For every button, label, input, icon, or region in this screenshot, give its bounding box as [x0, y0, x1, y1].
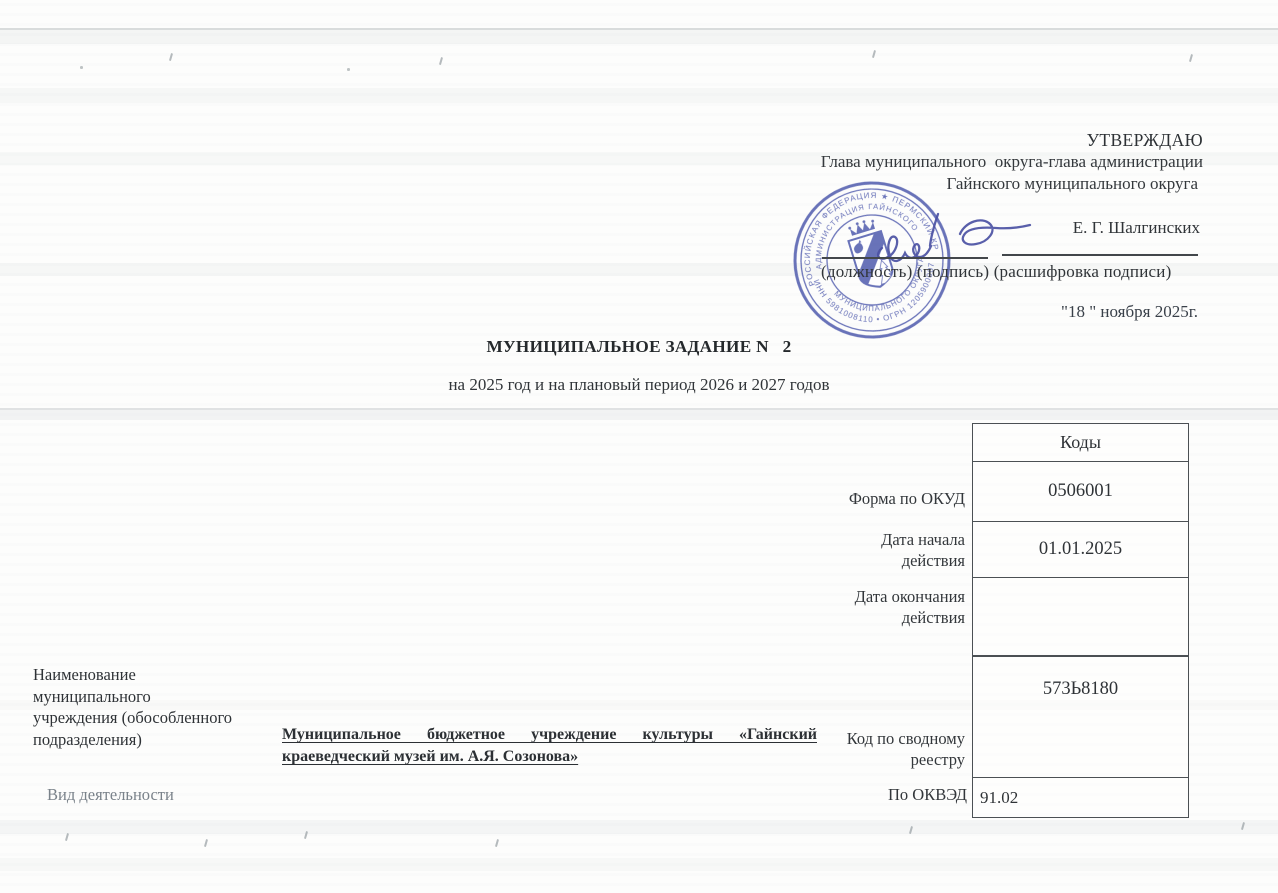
- registry-code-value-cell: 573Ь8180: [973, 656, 1188, 778]
- okved-value-cell: 91.02: [973, 778, 1188, 817]
- document-title: МУНИЦИПАЛЬНОЕ ЗАДАНИЕ N 2: [0, 337, 1278, 357]
- codes-table: Коды 0506001 01.01.2025 573Ь8180 91.02: [972, 423, 1189, 818]
- scan-noise-band: [0, 88, 1278, 103]
- okud-value-cell: 0506001: [973, 462, 1188, 522]
- institution-name-label-line: учреждения (обособленного: [33, 707, 232, 729]
- scan-noise-mark: [439, 57, 443, 65]
- okved-label: По ОКВЭД: [767, 784, 967, 805]
- signature-handwriting: [868, 202, 1058, 270]
- signature-caption: (должность) (подпись) (расшифровка подпи…: [821, 262, 1171, 282]
- scan-noise-band: [0, 28, 1278, 30]
- scan-noise-mark: [872, 50, 876, 58]
- codes-table-header-cell: Коды: [973, 424, 1188, 462]
- institution-name-label-line: Наименование: [33, 664, 232, 686]
- approval-word: УТВЕРЖДАЮ: [1087, 130, 1203, 151]
- scan-noise-mark: [909, 826, 913, 834]
- date-end-label: Дата окончания действия: [820, 586, 965, 628]
- institution-name-label-line: муниципального: [33, 686, 232, 708]
- scan-noise-mark: [1189, 54, 1193, 62]
- scan-noise-mark: [80, 66, 83, 69]
- approval-position-line-2: Гайнского муниципального округа: [946, 174, 1198, 194]
- date-start-value-cell: 01.01.2025: [973, 522, 1188, 578]
- institution-name-label: Наименование муниципального учреждения (…: [33, 664, 232, 750]
- institution-name-label-line: подразделения): [33, 729, 232, 751]
- signer-name: Е. Г. Шалгинских: [1073, 218, 1200, 238]
- scan-noise-band: [0, 408, 1278, 410]
- registry-code-label: Код по сводному реестру: [825, 728, 965, 770]
- scan-noise-mark: [304, 831, 308, 839]
- scan-noise-band: [0, 858, 1278, 871]
- scan-noise-band: [0, 30, 1278, 44]
- activity-type-label: Вид деятельности: [47, 785, 174, 805]
- scan-noise-mark: [347, 68, 350, 71]
- approval-position-line-1: Глава муниципального округа-глава админи…: [821, 152, 1203, 172]
- date-end-value-cell: [973, 578, 1188, 656]
- document-subtitle: на 2025 год и на плановый период 2026 и …: [0, 375, 1278, 395]
- scan-noise-mark: [204, 839, 208, 847]
- scan-noise-mark: [1241, 822, 1245, 830]
- scanned-document-page: УТВЕРЖДАЮ Глава муниципального округа-гл…: [0, 0, 1278, 893]
- scan-noise-band: [0, 820, 1278, 834]
- signature-underline-right: [1002, 254, 1198, 256]
- institution-name-value: Муниципальное бюджетное учреждение культ…: [282, 724, 817, 768]
- okud-label: Форма по ОКУД: [765, 488, 965, 509]
- scan-noise-mark: [169, 53, 173, 61]
- scan-noise-mark: [495, 839, 499, 847]
- signature-underline-left: [822, 257, 988, 259]
- approval-date: "18 " ноября 2025г.: [1061, 302, 1198, 322]
- scan-noise-band: [0, 410, 1278, 420]
- scan-noise-mark: [65, 833, 69, 841]
- date-start-label: Дата начала действия: [840, 529, 965, 571]
